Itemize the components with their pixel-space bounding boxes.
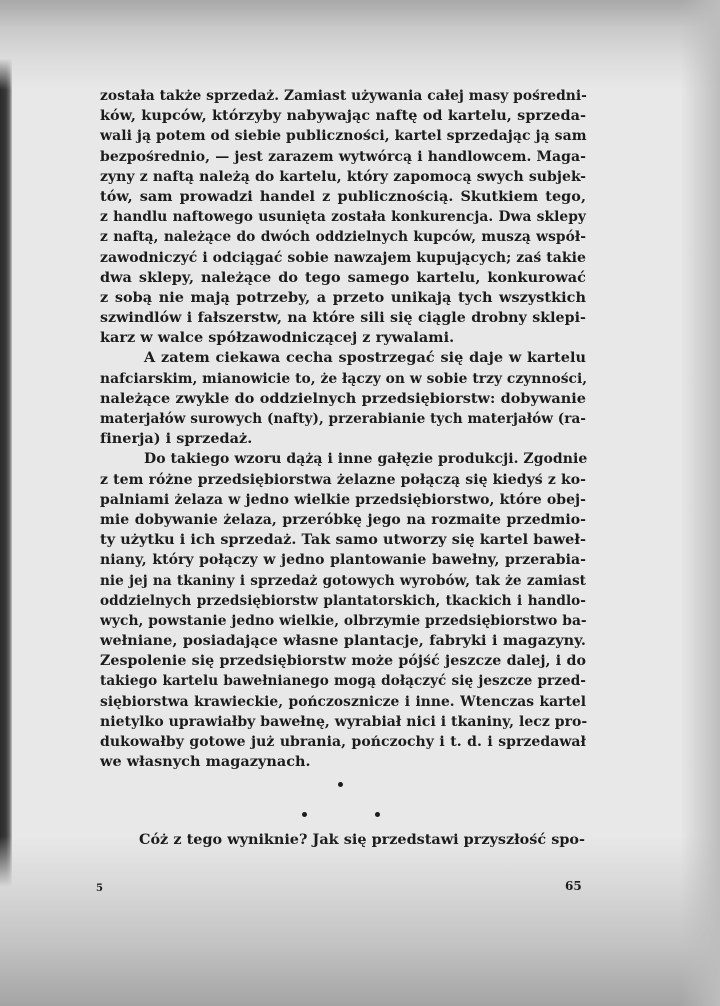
scan-shadow-bottom [0, 836, 720, 1006]
text-line: nietylko uprawiałby bawełnę, wyrabiał ni… [100, 712, 586, 732]
text-line: finerja) i sprzedaż. [100, 429, 586, 449]
text-line: A zatem ciekawa cecha spostrzegać się da… [100, 348, 586, 368]
text-line: z sobą nie mają potrzeby, a przeto unika… [100, 288, 586, 308]
text-line: oddzielnych przedsiębiorstw plantatorski… [100, 591, 586, 611]
text-line: materjałów surowych (nafty), przerabiani… [100, 409, 586, 429]
text-line: ków, kupców, którzyby nabywając naftę od… [100, 106, 586, 126]
text-line: z tem różne przedsiębiorstwa żelazne poł… [100, 470, 586, 490]
text-line: nie jej na tkaniny i sprzedaż gotowych w… [100, 571, 586, 591]
text-line: Do takiego wzoru dążą i inne gałęzie pro… [100, 449, 586, 469]
text-line: tów, sam prowadzi handel z publicznością… [100, 187, 586, 207]
paragraph: Do takiego wzoru dążą i inne gałęzie pro… [100, 449, 586, 772]
text-line: siębiorstwa krawieckie, pończosznicze i … [100, 692, 586, 712]
text-line: wych, powstanie jedno wielkie, olbrzymie… [100, 611, 586, 631]
text-line: zyny z naftą należą do kartelu, który za… [100, 167, 586, 187]
text-line: mie dobywanie żelaza, przeróbkę jego na … [100, 510, 586, 530]
text-line: we własnych magazynach. [100, 752, 586, 772]
text-line: szwindlów i fałszerstw, na które sili si… [100, 308, 586, 328]
text-line: została także sprzedaż. Zamiast używania… [100, 86, 586, 106]
text-line: dukowałby gotowe już ubrania, pończochy … [100, 732, 586, 752]
asterism-star [338, 782, 343, 787]
text-line: ty użytku i ich sprzedaż. Tak samo utwor… [100, 530, 586, 550]
text-line: z handlu naftowego usunięta została konk… [100, 207, 586, 227]
text-line: zawodniczyć i odciągać sobie nawzajem ku… [100, 248, 586, 268]
body-text: została także sprzedaż. Zamiast używania… [100, 86, 586, 772]
text-line: bezpośrednio, — jest zarazem wytwórcą i … [100, 147, 586, 167]
text-line: nafciarskim, mianowicie to, że łączy on … [100, 369, 586, 389]
scan-shadow-right [680, 0, 720, 1006]
signature-mark: 5 [96, 883, 103, 894]
asterism-star [375, 812, 380, 817]
text-line: wełniane, posiadające własne plantacje, … [100, 631, 586, 651]
page-number: 65 [565, 879, 582, 893]
section-break-asterism [0, 774, 720, 834]
text-line: palniami żelaza w jedno wielkie przedsię… [100, 490, 586, 510]
paragraph: A zatem ciekawa cecha spostrzegać się da… [100, 348, 586, 449]
next-section-first-line: Cóż z tego wyniknie? Jak się przedstawi … [139, 830, 585, 850]
text-line: z naftą, należące do dwóch oddzielnych k… [100, 227, 586, 247]
scan-shadow-top [0, 0, 720, 90]
text-line: dwa sklepy, należące do tego samego kart… [100, 268, 586, 288]
text-line: Zespolenie się przedsiębiorstw może pójś… [100, 651, 586, 671]
paragraph: została także sprzedaż. Zamiast używania… [100, 86, 586, 348]
asterism-star [302, 812, 307, 817]
text-line: należące zwykle do oddzielnych przedsięb… [100, 389, 586, 409]
text-line: takiego kartelu bawełnianego mogą dołącz… [100, 671, 586, 691]
text-line: wali ją potem od siebie publiczności, ka… [100, 126, 586, 146]
text-line: karz w walce spółzawodniczącej z rywalam… [100, 328, 586, 348]
text-line: niany, który połączy w jedno plantowanie… [100, 550, 586, 570]
